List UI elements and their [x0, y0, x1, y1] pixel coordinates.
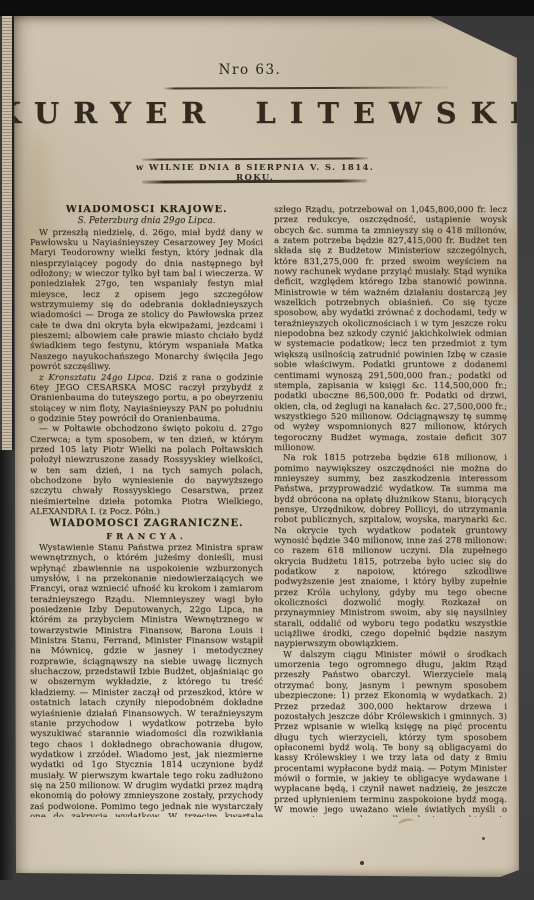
newspaper-title: KURYER LITEWSKI [0, 96, 534, 130]
news-paragraph: Na rok 1815 potrzeba będzie 618 milionow… [274, 453, 507, 650]
news-paragraph: W dalszym ciągu Minister mówił o środkac… [274, 650, 507, 817]
news-paragraph: Wystawienie Stanu Państwa przez Ministra… [30, 543, 263, 817]
scanner-bed-top-band [0, 0, 534, 16]
news-paragraph: z Kronsztatu 24go Lipca. Dziś z rana o g… [30, 373, 263, 425]
newspaper-page: Nro 63. KURYER LITEWSKI w WILNIE DNIA 8 … [14, 16, 519, 877]
left-column: WIADOMOSCI KRAJOWE. S. Peterzburg dnia 2… [30, 205, 263, 817]
article-columns: WIADOMOSCI KRAJOWE. S. Peterzburg dnia 2… [30, 205, 508, 817]
news-paragraph: szłego Rządu, potrzebował on 1,045,800,0… [274, 205, 507, 453]
section-heading-domestic: WIADOMOSCI KRAJOWE. [30, 205, 263, 215]
adjacent-page-edge [2, 16, 12, 458]
ink-squiggle-mark [397, 817, 415, 830]
scan-background: Nro 63. KURYER LITEWSKI w WILNIE DNIA 8 … [0, 0, 534, 900]
publication-dateline: w WILNIE DNIA 8 SIERPNIA V. S. 1814. ROK… [122, 163, 388, 183]
section-subheading-france: FRANCYA. [30, 531, 263, 541]
masthead-rule [163, 86, 453, 89]
issue-number: Nro 63. [14, 62, 486, 78]
article-dateline: S. Peterzburg dnia 29go Lipca. [30, 216, 263, 226]
right-column: szłego Rządu, potrzebował on 1,045,800,0… [274, 205, 507, 817]
ink-speck [360, 861, 364, 865]
news-paragraph: — w Połtawie obchodzono święto pokoiu d.… [30, 424, 263, 517]
news-paragraph: W przeszłą niedzielę, d. 26go, miał bydź… [30, 228, 263, 373]
book-gutter-shadow [0, 450, 15, 880]
ink-speck [482, 837, 485, 840]
dateline-rule-top [142, 157, 368, 160]
section-heading-foreign: WIADOMOSCI ZAGRANICZNE. [30, 519, 263, 529]
